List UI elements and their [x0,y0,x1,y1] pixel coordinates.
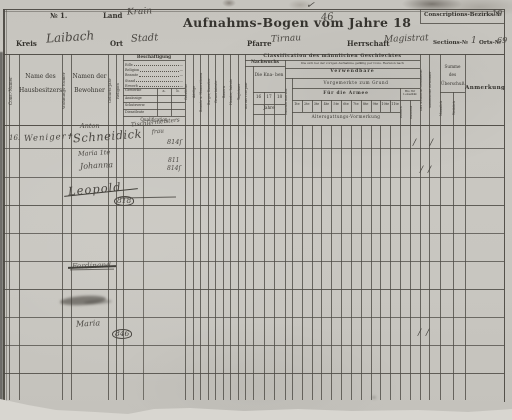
conscription-label: Conscriptions-Bezirks-№ [424,13,502,19]
grid-line [410,100,411,400]
grid-line [123,54,124,400]
grid-line [420,23,504,24]
grid-line [3,125,504,126]
entry-year-3: 814ſ [167,166,181,172]
age-class-header: 9te [371,103,381,106]
entry-owner-name: Weniger [24,133,67,144]
age-class-header: 11te [390,103,400,106]
ort-label: Ort [110,40,123,47]
orts-value-handwritten: 69 [497,37,507,45]
age-class-header: 10te [380,103,390,106]
nachwuchs-side-column: Bis ins 15te Jahr [245,68,253,123]
form-number: № 1. [50,12,67,19]
grid-line [351,125,352,400]
grid-line [312,125,313,400]
age-class-header: 8te [361,103,371,106]
entry-year-boxed-1: 818 [114,196,134,206]
grid-line [321,125,322,400]
age-class-header: 1te [292,103,302,106]
rotated-column-header: Gewerbsleute [215,62,223,122]
clerk-tick-mark: ∕ [420,166,423,175]
nachwuchs-knaben-header: Die Kna- ben [253,72,285,80]
clerk-tick-mark: ∕ [413,139,416,148]
grid-line [253,114,285,115]
grid-line [292,78,293,400]
age-class-header: 4te [321,103,331,106]
paper-speck [372,396,376,399]
classification-subtitle: Die sich bei der vorigen Aufnahme gefäll… [285,62,420,65]
residents-column-header: Namen der Bewohner [71,70,108,99]
grid-line [453,92,454,400]
occupation-subtable-row-label: Dienstleute [125,111,157,114]
occupation-box-title: Beschäftigung [123,55,185,59]
altersgattung-footer: Altersgattungs-Vormerkung [292,115,400,119]
classification-title: Classification des männlichen Geschlecht… [245,55,420,60]
entry-year-boxed-2: 846 [112,329,132,339]
lokal-sub-column: Zeitlich [400,101,410,123]
grid-line [504,9,505,402]
grid-line [71,54,72,400]
occupation-subtable-row-label: Ansässige [125,97,157,100]
lokal-sub-column: Dauernd [410,101,420,123]
all-residents-column: Sämmtliche Bewohner [429,58,440,122]
sections-value-handwritten: 1 [471,37,477,46]
land-value-handwritten: Krain [127,7,153,17]
verwendbare-header: Verwendbare [285,70,420,75]
grid-line [341,125,342,400]
entry-house-number: 16. [9,135,20,142]
herrschaft-value-handwritten: Magistrat [384,34,429,45]
grid-line [245,66,285,67]
grid-line [3,177,504,178]
checkmark-handwritten: ✓ [305,0,315,11]
rotated-column-header: Adelige [193,62,201,122]
entry-year-1: 814ſ [167,139,182,146]
kreis-value-handwritten: Laibach [46,29,95,44]
age-class-header: 6te [341,103,351,106]
kreis-label: Kreis [16,40,37,47]
vorgemerkte-header: Vorgemerkte zum Grund [292,81,420,85]
age-class-header: 2te [302,103,312,106]
nachwuchs-jahre-label: Jahre [253,106,285,110]
classification-left-column: Gänzlich Befreite [285,80,292,123]
grid-line [285,78,420,79]
entry-occupation-line2: frau [152,129,165,136]
grid-line [400,88,401,400]
occupation-subtable-row-label: Schutzverw. [125,104,157,107]
anmerkung-header: Anmerkung [465,86,504,92]
grid-line [331,125,332,400]
grid-line [361,125,362,400]
summe-sub-column: Weiblich [453,94,466,122]
scan-paper: № 1. Land Krain Aufnahms-Bogen vom Jahre… [0,0,512,420]
grid-line [3,205,504,206]
occupation-subtable-col-header: b. [171,90,185,93]
form-title: Aufnahms-Bogen vom Jahre 18 [183,17,411,30]
nachwuchs-year-header: 17 [264,95,274,99]
grid-line [371,125,372,400]
grid-line [302,125,303,400]
grid-line [143,125,144,400]
religion-column-header: Religion [116,62,123,120]
clerk-tick-mark: ∕ [418,329,421,338]
summe-sub-column: Männlich [440,94,453,122]
grid-line [380,125,381,400]
clerk-tick-mark: ∕ [430,139,433,148]
birth-year-column-header: Geburts-Jahr [108,62,116,120]
fuer-die-armee-header: Für die Armee [292,92,400,96]
rotated-column-header: Bürger, Künstler [208,62,216,122]
age-class-header: 7te [351,103,361,106]
entry-resident-first: Anton [80,123,100,130]
rotated-column-header: Taglöhner [238,62,246,122]
summe-header: Summe des Überschuß. [441,63,464,88]
clerk-tick-mark: ∕ [426,329,429,338]
age-class-header: 5te [331,103,341,106]
grid-line [390,125,391,400]
pfarre-label: Pfarre [247,40,272,47]
entry-resident-daughter: Johanna [80,161,113,171]
occupation-box-rows: Edle—Religion—Beamte—Stand—Erwerb— [125,62,183,88]
pfarre-value-handwritten: Tirnau [271,34,302,45]
grid-line [440,92,465,93]
land-label: Land [103,12,122,19]
entry-resident-wife: Maria 1te [78,149,111,157]
rotated-column-header: Häusler, Inleute [230,62,238,122]
sections-label: Sections-№ [433,41,468,47]
nachwuchs-year-header: 18 [274,95,285,99]
grid-line [123,60,185,61]
grid-line [3,345,504,346]
grid-line [264,92,265,400]
rotated-column-header: Bauern [223,62,231,122]
bis-fuer-lokal-header: Bis für Lokalität [400,90,420,96]
conscription-value-handwritten: 19 [492,10,502,18]
grid-line [3,233,504,234]
grid-line [3,289,504,290]
grid-line [292,112,400,113]
occupation-subtable-col-header: a. [157,90,171,93]
ort-value-handwritten: Stadt [131,33,159,44]
grid-line [274,92,275,400]
female-sex-column: Das weibliche Geschlecht [420,58,429,122]
entry-family-name: Schneidick [73,129,143,145]
occupation-subtable-header: Gewerbe [125,89,141,93]
grid-line [3,317,504,318]
nachwuchs-year-header: 16 [253,95,264,99]
grid-line [253,92,285,93]
entry-cross-mark: ✝ [66,133,73,141]
entry-resident-last: Maria [76,319,101,328]
entry-year-2: 811 [168,158,179,164]
house-number-column-header: Cons.-Numer [9,62,20,120]
nachwuchs-title: Nachwuchs [245,61,285,65]
grid-line [3,373,504,374]
rotated-column-header: Beamte u. Honoratioren [200,62,208,122]
age-class-header: 3te [312,103,322,106]
year-handwritten: 46 [321,12,335,23]
rotated-column-header: Geistliche [185,62,193,122]
clerk-tick-mark: ∕ [428,166,431,175]
dwelling-number-column-header: Wohnungs-Numer [62,62,71,120]
house-owner-column-header: Name des Hausbesitzers [19,70,62,99]
